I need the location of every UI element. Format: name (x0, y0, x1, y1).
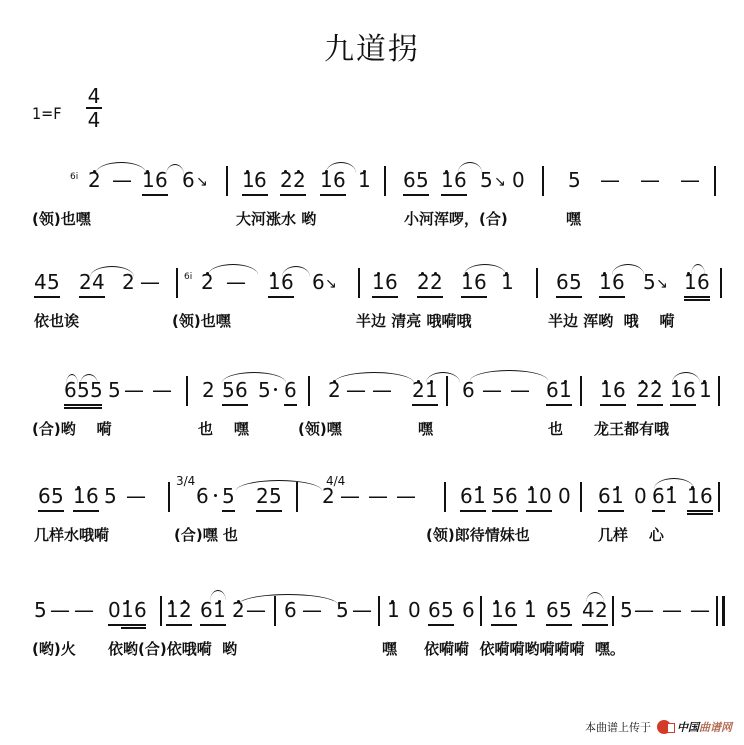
lyric: (领)郎待情妹也 (426, 524, 530, 545)
score-row-3: 655 5 — — 2 56 5 6 2 — — 21 6 — — 61 (0, 370, 744, 450)
upload-credit: 本曲谱上传于 (585, 719, 651, 735)
lyric: (领)也嘿 (32, 208, 91, 229)
lyric: 嘿 (566, 208, 581, 229)
lyric: 几样 心 (598, 524, 664, 545)
notation-line: 5 — — 016 12 61 2 — 6 — 5 — 1 0 65 6 16 (0, 590, 744, 630)
lyric: 依哟(合)依哦嗬 哟 (108, 638, 237, 659)
lyric: 嘿 (382, 638, 397, 659)
lyric: 半边 清亮 哦嗬哦 (356, 310, 471, 331)
site-name[interactable]: 中国曲谱网 (677, 719, 732, 735)
lyric: 小河浑啰，(合) (404, 208, 508, 229)
lyric: 依也诶 (34, 310, 79, 331)
lyric: 大河涨水 哟 (236, 208, 316, 229)
lyric: 几样水哦嗬 (34, 524, 109, 545)
site-logo-icon (657, 720, 671, 734)
slide-down-mark: ↘ (196, 174, 208, 190)
song-title: 九道拐 (0, 24, 744, 68)
footer-watermark: 本曲谱上传于 中国曲谱网 (585, 719, 732, 735)
lyric: 龙王都有哦 (594, 418, 669, 439)
lyric: (合)嘿 也 (174, 524, 238, 545)
lyric: 嘿 (418, 418, 433, 439)
score-row-4: 3/4 4/4 65 16 5 — 6 5 25 2 — — — 61 56 1… (0, 476, 744, 556)
time-numerator: 4 (88, 84, 101, 108)
lyric: (哟)火 (32, 638, 76, 659)
key-signature: 1=F (32, 104, 62, 123)
time-denominator: 4 (88, 108, 101, 132)
lyric: (领)嘿 (298, 418, 342, 439)
score-row-2: 45 24 2 — 6i 2 — 16 6 ↘ 16 22 16 1 65 (0, 262, 744, 342)
lyric: 依嗬嗬 依嗬嗬哟嗬嗬嗬 嘿。 (424, 638, 625, 659)
lyric: (领)也嘿 (172, 310, 231, 331)
notation-line: 6i 2 — 16 6 ↘ 16 22 16 1 65 16 5 ↘ 0 (0, 160, 744, 200)
lyric: 半边 浑哟 哦 嗬 (548, 310, 675, 331)
lyric: 也 (548, 418, 563, 439)
lyric: 也 嘿 (198, 418, 249, 439)
notation-line: 45 24 2 — 6i 2 — 16 6 ↘ 16 22 16 1 65 (0, 262, 744, 302)
meter-change: 3/4 (176, 474, 195, 488)
lyric: (合)哟 嗬 (32, 418, 112, 439)
notation-line: 3/4 4/4 65 16 5 — 6 5 25 2 — — — 61 56 1… (0, 476, 744, 516)
score-row-5: 5 — — 016 12 61 2 — 6 — 5 — 1 0 65 6 16 (0, 590, 744, 670)
time-signature: 4 4 (86, 86, 102, 130)
grace-notes: 6i (70, 172, 78, 182)
score-row-1: 6i 2 — 16 6 ↘ 16 22 16 1 65 16 5 ↘ 0 (0, 160, 744, 240)
notation-line: 655 5 — — 2 56 5 6 2 — — 21 6 — — 61 (0, 370, 744, 410)
